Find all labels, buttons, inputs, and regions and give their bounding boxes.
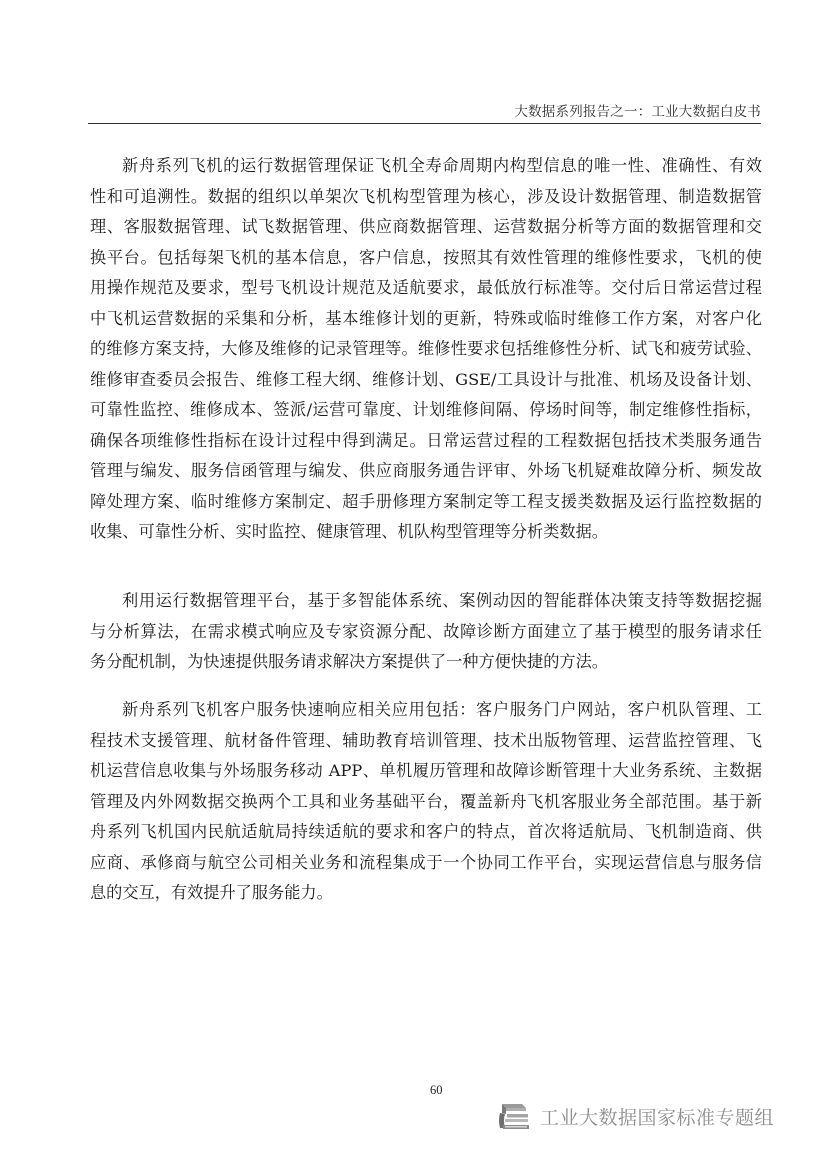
- text-line: 管理及内外网数据交换两个工具和业务基础平台，覆盖新舟飞机客服业务全部范围。基于新: [90, 787, 762, 818]
- text-line: 息的交互，有效提升了服务能力。: [90, 878, 762, 909]
- page-number: 60: [430, 1083, 443, 1098]
- text-line: 用操作规范及要求，型号飞机设计规范及适航要求，最低放行标准等。交付后日常运营过程: [90, 273, 762, 304]
- text-line: 的维修方案支持，大修及维修的记录管理等。维修性要求包括维修性分析、试飞和疲劳试验…: [90, 334, 762, 365]
- text-line: 确保各项维修性指标在设计过程中得到满足。日常运营过程的工程数据包括技术类服务通告: [90, 426, 762, 457]
- text-line: 收集、可靠性分析、实时监控、健康管理、机队构型管理等分析类数据。: [90, 517, 762, 548]
- text-line: 务分配机制，为快速提供服务请求解决方案提供了一种方便快捷的方法。: [90, 647, 762, 678]
- footer-brand: 工业大数据国家标准专题组: [496, 1096, 774, 1136]
- header-rule: [88, 123, 761, 124]
- text-line: 舟系列飞机国内民航适航局持续适航的要求和客户的特点，首次将适航局、飞机制造商、供: [90, 817, 762, 848]
- text-line: 应商、承修商与航空公司相关业务和流程集成于一个协同工作平台，实现运营信息与服务信: [90, 848, 762, 879]
- text-line: 障处理方案、临时维修方案制定、超手册修理方案制定等工程支援类数据及运行监控数据的: [90, 487, 762, 518]
- text-line: 换平台。包括每架飞机的基本信息，客户信息，按照其有效性管理的维修性要求，飞机的使: [90, 243, 762, 274]
- text-line: 机运营信息收集与外场服务移动 APP、单机履历管理和故障诊断管理十大业务系统、主…: [90, 756, 762, 787]
- text-line: 管理与编发、服务信函管理与编发、供应商服务通告评审、外场飞机疑难故障分析、频发故: [90, 456, 762, 487]
- text-line: 维修审查委员会报告、维修工程大纲、维修计划、GSE/工具设计与批准、机场及设备计…: [90, 365, 762, 396]
- text-line: 可靠性监控、维修成本、签派/运营可靠度、计划维修间隔、停场时间等，制定维修性指标…: [90, 395, 762, 426]
- paragraph-1: 新舟系列飞机的运行数据管理保证飞机全寿命周期内构型信息的唯一性、准确性、有效 性…: [90, 151, 762, 548]
- text-line: 理、客服数据管理、试飞数据管理、供应商数据管理、运营数据分析等方面的数据管理和交: [90, 212, 762, 243]
- page-header: 大数据系列报告之一：工业大数据白皮书: [88, 104, 761, 123]
- brand-text: 工业大数据国家标准专题组: [540, 1103, 774, 1130]
- paragraph-3: 新舟系列飞机客户服务快速响应相关应用包括：客户服务门户网站，客户机队管理、工 程…: [90, 695, 762, 909]
- text-line: 利用运行数据管理平台，基于多智能体系统、案例动因的智能群体决策支持等数据挖掘: [90, 586, 762, 617]
- text-line: 性和可追溯性。数据的组织以单架次飞机构型管理为核心，涉及设计数据管理、制造数据管: [90, 182, 762, 213]
- text-line: 新舟系列飞机的运行数据管理保证飞机全寿命周期内构型信息的唯一性、准确性、有效: [90, 151, 762, 182]
- book-stack-icon: [496, 1100, 532, 1132]
- text-line: 中飞机运营数据的采集和分析，基本维修计划的更新，特殊或临时维修工作方案，对客户化: [90, 304, 762, 335]
- header-title: 大数据系列报告之一：工业大数据白皮书: [514, 104, 761, 121]
- text-line: 新舟系列飞机客户服务快速响应相关应用包括：客户服务门户网站，客户机队管理、工: [90, 695, 762, 726]
- text-line: 与分析算法，在需求模式响应及专家资源分配、故障诊断方面建立了基于模型的服务请求任: [90, 617, 762, 648]
- paragraph-2: 利用运行数据管理平台，基于多智能体系统、案例动因的智能群体决策支持等数据挖掘 与…: [90, 586, 762, 678]
- text-line: 程技术支援管理、航材备件管理、辅助教育培训管理、技术出版物管理、运营监控管理、飞: [90, 726, 762, 757]
